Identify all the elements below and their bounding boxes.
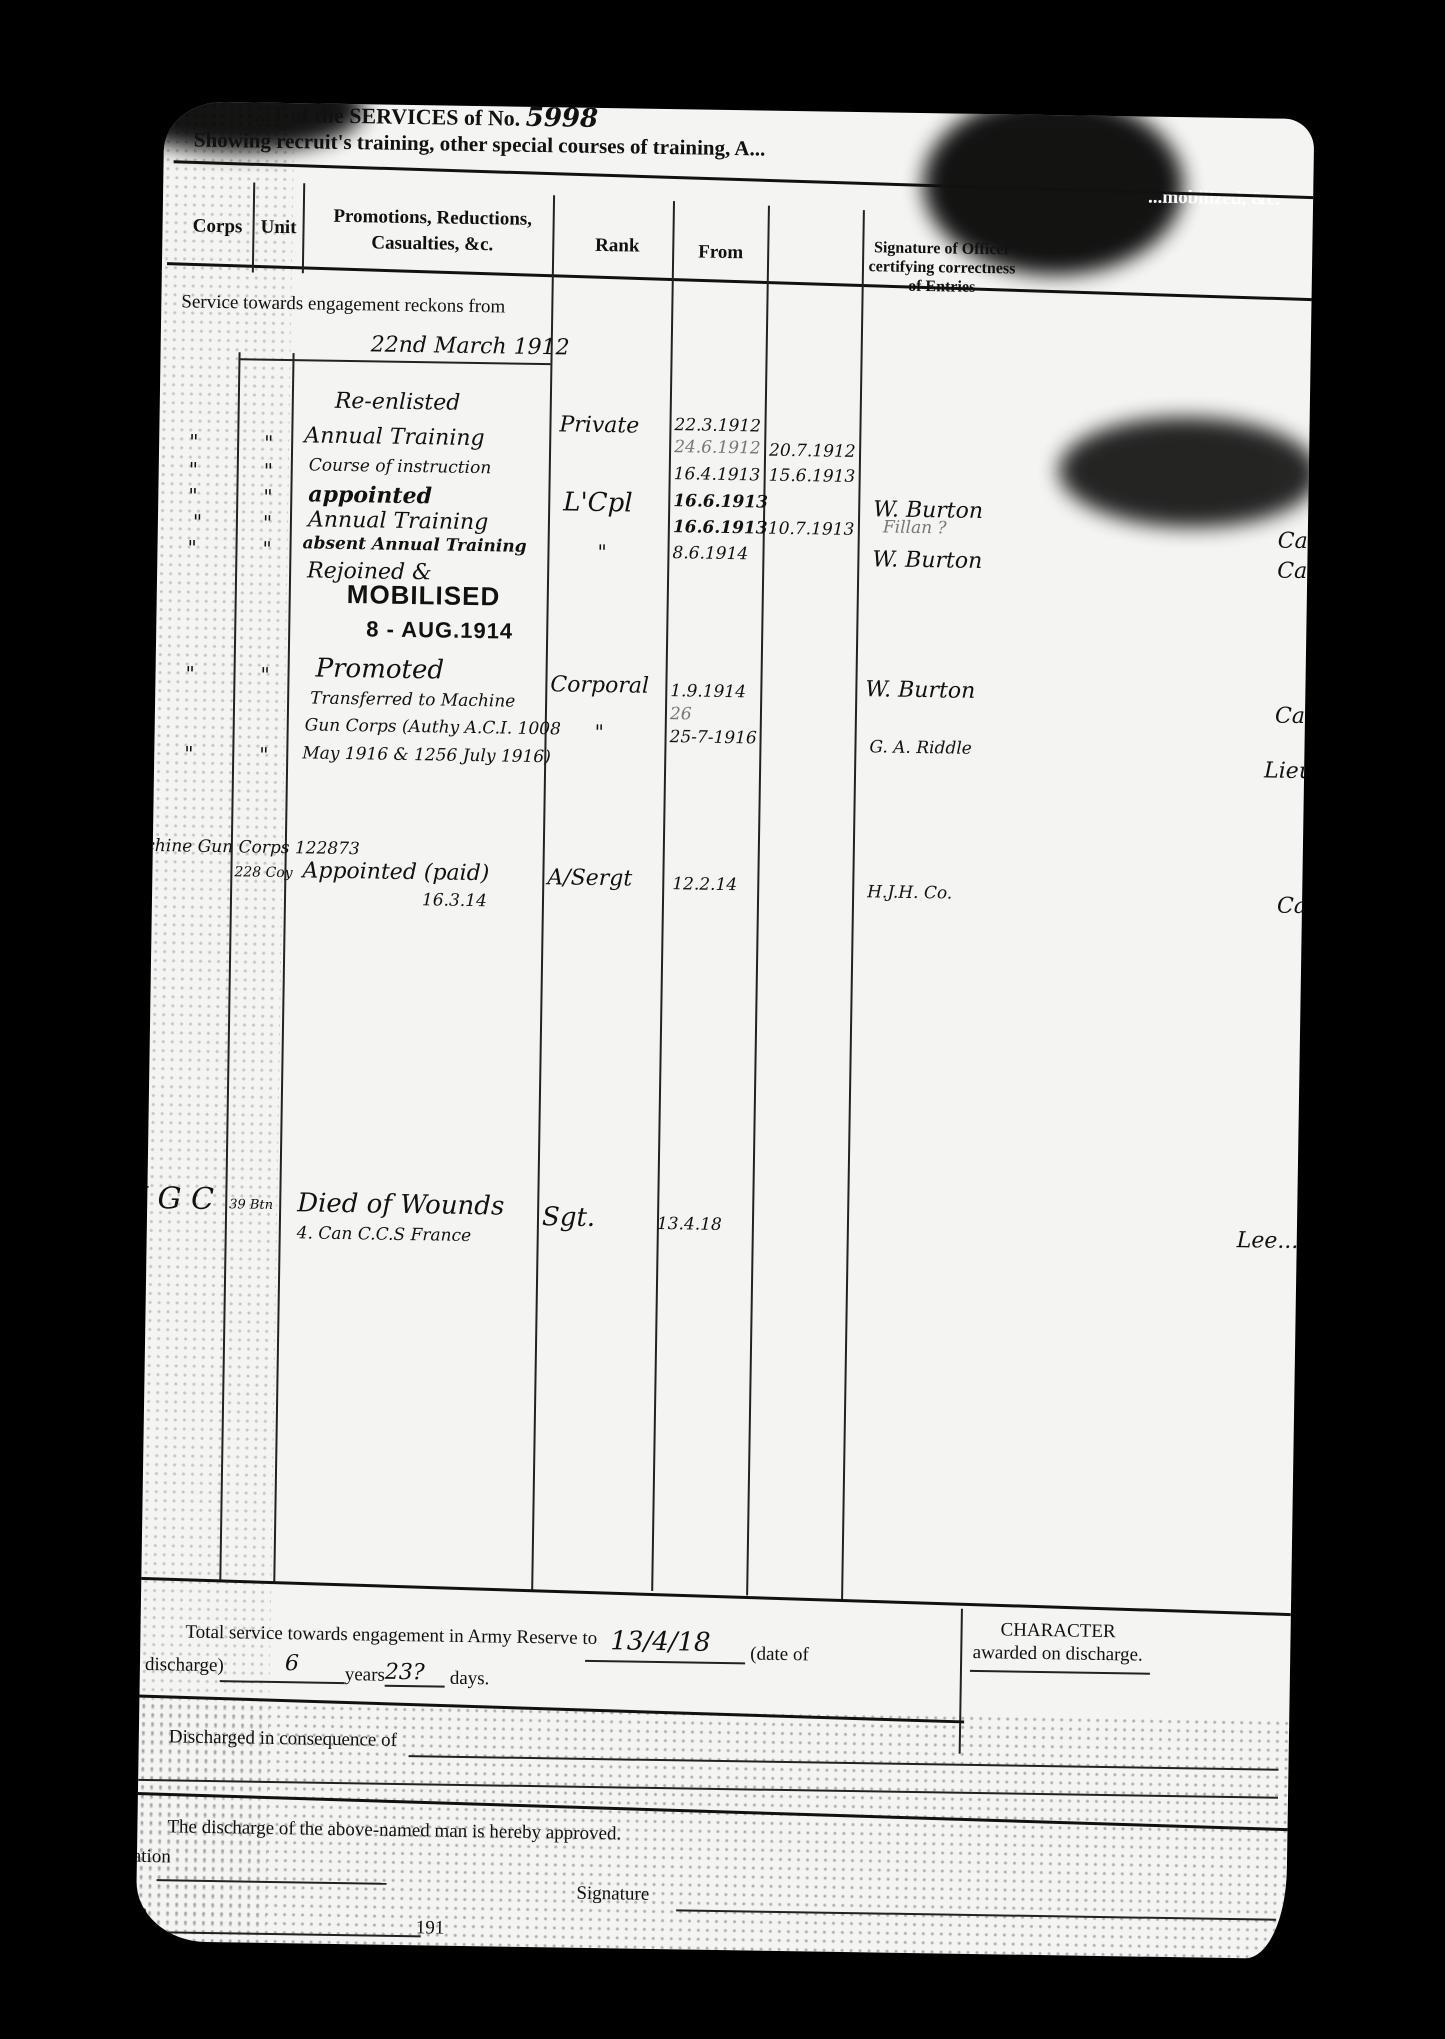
col-header-unit: Unit xyxy=(254,215,302,241)
entry-signature: G. A. Riddle xyxy=(869,737,972,759)
entry-unit-ditto: " xyxy=(260,663,270,687)
entry-from: 12.2.14 xyxy=(672,874,737,895)
entry-from: 22.3.1912 xyxy=(674,415,761,436)
entry-event: Re-enlisted xyxy=(335,389,461,416)
ink-stain-signature xyxy=(1058,415,1314,529)
entry-from: 16.6.1913 xyxy=(673,491,768,512)
entry-rank: Corporal xyxy=(550,672,649,699)
discharge-date: 13/4/18 xyxy=(610,1626,711,1658)
service-number: 5998 xyxy=(525,103,598,134)
entry-corps: Machine Gun Corps 122873 xyxy=(136,835,360,859)
col-header-from: From xyxy=(674,239,767,266)
col-header-signature: Signature of Officer certifying correctn… xyxy=(867,238,1018,298)
entry-rank: A/Sergt xyxy=(547,865,632,891)
entry-event-note: 16.3.14 xyxy=(422,890,487,911)
entry-signature: H.J.H. Co. xyxy=(867,882,952,903)
entry-from: 16.6.1913 xyxy=(673,517,768,538)
entry-from: 24.6.1912 xyxy=(674,437,761,458)
entry-unit: 228 Coy xyxy=(234,864,292,881)
entry-event-line: Transferred to Machine xyxy=(310,688,515,711)
entry-event-line: Gun Corps (Authy A.C.I. 1008 xyxy=(305,715,561,739)
col-header-event: Promotions, Reductions, Casualties, &c. xyxy=(322,204,543,259)
entry-from-note: 26 xyxy=(670,704,692,724)
entry-corps-ditto: " xyxy=(193,510,203,534)
discharge-date-underline xyxy=(585,1660,745,1664)
entry-signature: W. Burton xyxy=(872,547,982,574)
col-divider xyxy=(531,195,555,1590)
discharged-label: Discharged in consequence of xyxy=(169,1726,397,1752)
entry-to: 10.7.1913 xyxy=(768,519,855,540)
mobilised-stamp: MOBILISED xyxy=(347,579,501,612)
service-days: 23? xyxy=(385,1660,425,1686)
entry-from: 13.4.18 xyxy=(657,1214,722,1235)
margin-mark: Ca xyxy=(1277,894,1307,919)
date-label: Date xyxy=(136,1900,148,1923)
entry-event: absent Annual Training xyxy=(302,533,526,557)
character-label: CHARACTER xyxy=(970,1619,1145,1644)
entry-event: appointed xyxy=(308,481,432,509)
entry-signature: Lee... xyxy=(1237,1228,1299,1254)
entry-event-line2: 4. Can C.C.S France xyxy=(297,1223,472,1246)
col-divider xyxy=(746,206,770,1596)
margin-mark: Cap xyxy=(1275,704,1315,730)
station-label: Station xyxy=(136,1846,171,1869)
discharge-label: discharge) xyxy=(145,1654,224,1677)
subtitle-right: ...mobilized, &c. xyxy=(1148,187,1280,211)
col-divider xyxy=(651,201,675,1591)
entry-rank: Sgt. xyxy=(542,1202,596,1233)
entry-signature: Fillan ? xyxy=(883,517,947,538)
col-header-rank: Rank xyxy=(562,232,672,259)
entry-corps-ditto: " xyxy=(184,741,194,765)
entry-corps-ditto: " xyxy=(189,458,199,482)
entry-unit-ditto: " xyxy=(262,537,272,561)
character-sublabel: awarded on discharge. xyxy=(970,1642,1145,1667)
entry-from: 25-7-1916 xyxy=(669,727,757,748)
days-label: days. xyxy=(450,1668,490,1691)
col-divider xyxy=(841,210,865,1600)
entry-from: 16.4.1913 xyxy=(674,464,761,485)
entry-event: Appointed (paid) xyxy=(302,858,489,886)
character-underline xyxy=(970,1670,1150,1674)
service-record-page: ...T of the SERVICES of No. 5998 Showing… xyxy=(136,101,1315,1959)
table-bottom-rule xyxy=(136,1577,1291,1616)
entry-event: Died of Wounds xyxy=(297,1188,505,1221)
entry-signature: W. Burton xyxy=(865,677,975,704)
entry-event-line: May 1916 & 1256 July 1916) xyxy=(302,743,551,767)
entry-corps: M G C xyxy=(136,1180,215,1217)
margin-mark: Lieu xyxy=(1264,758,1313,784)
margin-mark: Ca xyxy=(1278,529,1308,554)
entry-unit-ditto: " xyxy=(264,431,274,455)
service-years: 6 xyxy=(285,1651,299,1676)
entry-rank: L'Cpl xyxy=(563,487,633,518)
date-of-label: (date of xyxy=(750,1643,809,1666)
mobilised-stamp-date: 8 - AUG.1914 xyxy=(366,616,513,644)
entry-corps-ditto: " xyxy=(188,484,198,508)
margin-mark: Ca xyxy=(1277,559,1307,584)
entry-corps-ditto: " xyxy=(187,535,197,559)
entry-unit: 39 Btn xyxy=(229,1197,273,1213)
days-underline xyxy=(385,1685,445,1687)
entry-corps-ditto: " xyxy=(189,430,199,454)
entry-corps-ditto: " xyxy=(185,661,195,685)
years-label: years xyxy=(345,1664,385,1687)
entry-to: 15.6.1913 xyxy=(769,466,856,487)
entry-event: Promoted xyxy=(315,654,444,686)
entry-rank-ditto: " xyxy=(597,540,607,564)
entry-unit-ditto: " xyxy=(263,485,273,509)
entry-from: 1.9.1914 xyxy=(670,681,746,702)
entry-event: Annual Training xyxy=(308,507,489,535)
entry-event: Course of instruction xyxy=(309,455,492,478)
entry-event: Annual Training xyxy=(304,423,485,451)
date-suffix: 191 xyxy=(416,1917,445,1939)
col-header-corps: Corps xyxy=(182,213,252,240)
reckons-date: 22nd March 1912 xyxy=(371,332,570,360)
entry-unit-ditto: " xyxy=(259,743,269,767)
entry-unit-ditto: " xyxy=(263,511,273,535)
entry-to: 20.7.1912 xyxy=(769,441,856,462)
entry-unit-ditto: " xyxy=(264,459,274,483)
entry-rank-ditto: " xyxy=(594,720,604,744)
signature-label: Signature xyxy=(576,1883,649,1906)
entry-from: 8.6.1914 xyxy=(672,543,748,564)
entry-rank: Private xyxy=(559,412,639,438)
